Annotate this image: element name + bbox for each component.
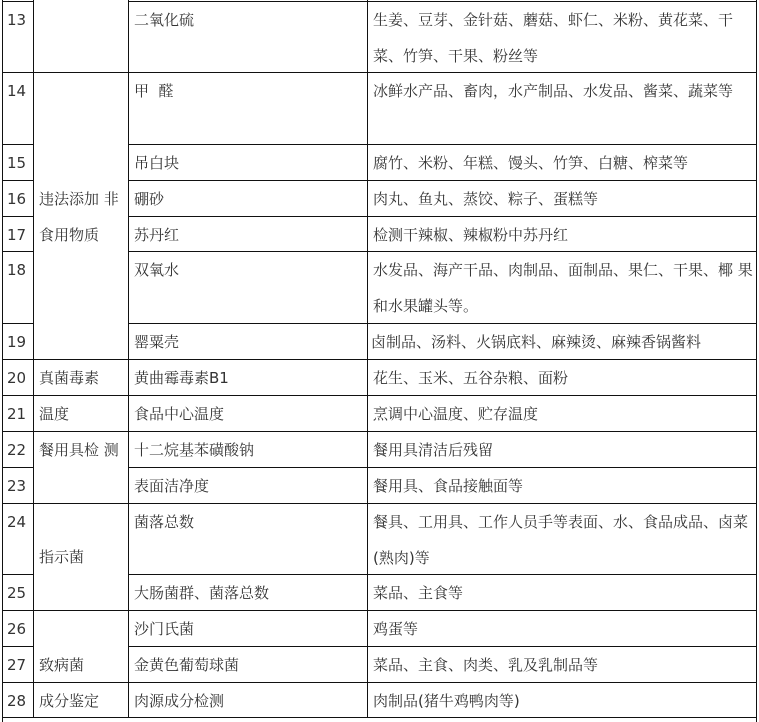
- category-cell: 温度: [34, 396, 128, 432]
- row-number: 26: [3, 611, 33, 647]
- row-number: 17: [3, 217, 33, 253]
- test-scope: 餐用具清洁后残留: [368, 432, 756, 468]
- test-scope: 菜品、主食、肉类、乳及乳制品等: [368, 647, 756, 683]
- test-item: 表面洁净度: [129, 468, 367, 504]
- test-scope: 肉制品(猪牛鸡鸭肉等): [368, 683, 756, 719]
- test-scope: 肉丸、鱼丸、蒸饺、粽子、蛋糕等: [368, 181, 756, 217]
- test-item: 双氧水: [129, 252, 367, 288]
- row-number: 23: [3, 468, 33, 504]
- table-border: [33, 72, 129, 73]
- row-number: 19: [3, 324, 33, 360]
- food-testing-table: 13 14 15 16 17 18 19 20 21 22 23 24 25 2…: [0, 0, 759, 722]
- table-border: [33, 610, 129, 611]
- test-item: 黄曲霉毒素B1: [129, 360, 367, 396]
- test-scope: 鸡蛋等: [368, 611, 756, 647]
- row-number: 27: [3, 647, 33, 683]
- row-number: 18: [3, 252, 33, 288]
- test-item: 沙门氏菌: [129, 611, 367, 647]
- test-scope: 水发品、海产干品、肉制品、面制品、果仁、干果、椰 果和水果罐头等。: [368, 252, 756, 324]
- test-item: 苏丹红: [129, 217, 367, 253]
- row-number: 25: [3, 575, 33, 611]
- row-number: 22: [3, 432, 33, 468]
- test-item: 吊白块: [129, 145, 367, 181]
- row-number: 20: [3, 360, 33, 396]
- test-item: 二氧化硫: [129, 2, 367, 38]
- category-cell: 餐用具检 测: [34, 432, 128, 468]
- row-number: 28: [3, 683, 33, 719]
- row-number: 24: [3, 504, 33, 540]
- table-border: [33, 503, 129, 504]
- test-scope: 菜品、主食等: [368, 575, 756, 611]
- test-item: 十二烷基苯磺酸钠: [129, 432, 367, 468]
- test-scope: 冰鲜水产品、畜肉，水产制品、水发品、酱菜、蔬菜等: [368, 73, 756, 109]
- test-scope: 生姜、豆芽、金针菇、蘑菇、虾仁、米粉、黄花菜、干 菜、竹笋、干果、粉丝等: [368, 2, 756, 74]
- category-cell: 指示菌: [34, 539, 128, 575]
- category-cell: 真菌毒素: [34, 360, 128, 396]
- row-number: 15: [3, 145, 33, 181]
- row-number: 13: [3, 2, 33, 38]
- test-item: 罂粟壳: [129, 324, 367, 360]
- test-item: 食品中心温度: [129, 396, 367, 432]
- test-item: 金黄色葡萄球菌: [129, 647, 367, 683]
- test-scope: 餐具、工用具、工作人员手等表面、水、食品成品、卤菜(熟肉)等: [368, 504, 756, 576]
- table-border: [756, 0, 757, 722]
- category-cell: 成分鉴定: [34, 683, 128, 719]
- test-item: 菌落总数: [129, 504, 367, 540]
- test-scope: 烹调中心温度、贮存温度: [368, 396, 756, 432]
- category-cell: 致病菌: [34, 647, 128, 683]
- test-scope: 卤制品、汤料、火锅底料、麻辣烫、麻辣香锅酱料: [368, 324, 756, 360]
- test-item: 硼砂: [129, 181, 367, 217]
- test-scope: 餐用具、食品接触面等: [368, 468, 756, 504]
- test-scope: 腐竹、米粉、年糕、馒头、竹笋、白糖、榨菜等: [368, 145, 756, 181]
- test-scope: 检测干辣椒、辣椒粉中苏丹红: [368, 217, 756, 253]
- test-item: 肉源成分检测: [129, 683, 367, 719]
- row-number: 16: [3, 181, 33, 217]
- row-number: 14: [3, 73, 33, 109]
- test-item: 甲 醛: [129, 73, 367, 109]
- category-cell: 违法添加 非食用物质: [34, 181, 128, 253]
- row-number: 21: [3, 396, 33, 432]
- test-scope: 花生、玉米、五谷杂粮、面粉: [368, 360, 756, 396]
- test-item: 大肠菌群、菌落总数: [129, 575, 367, 611]
